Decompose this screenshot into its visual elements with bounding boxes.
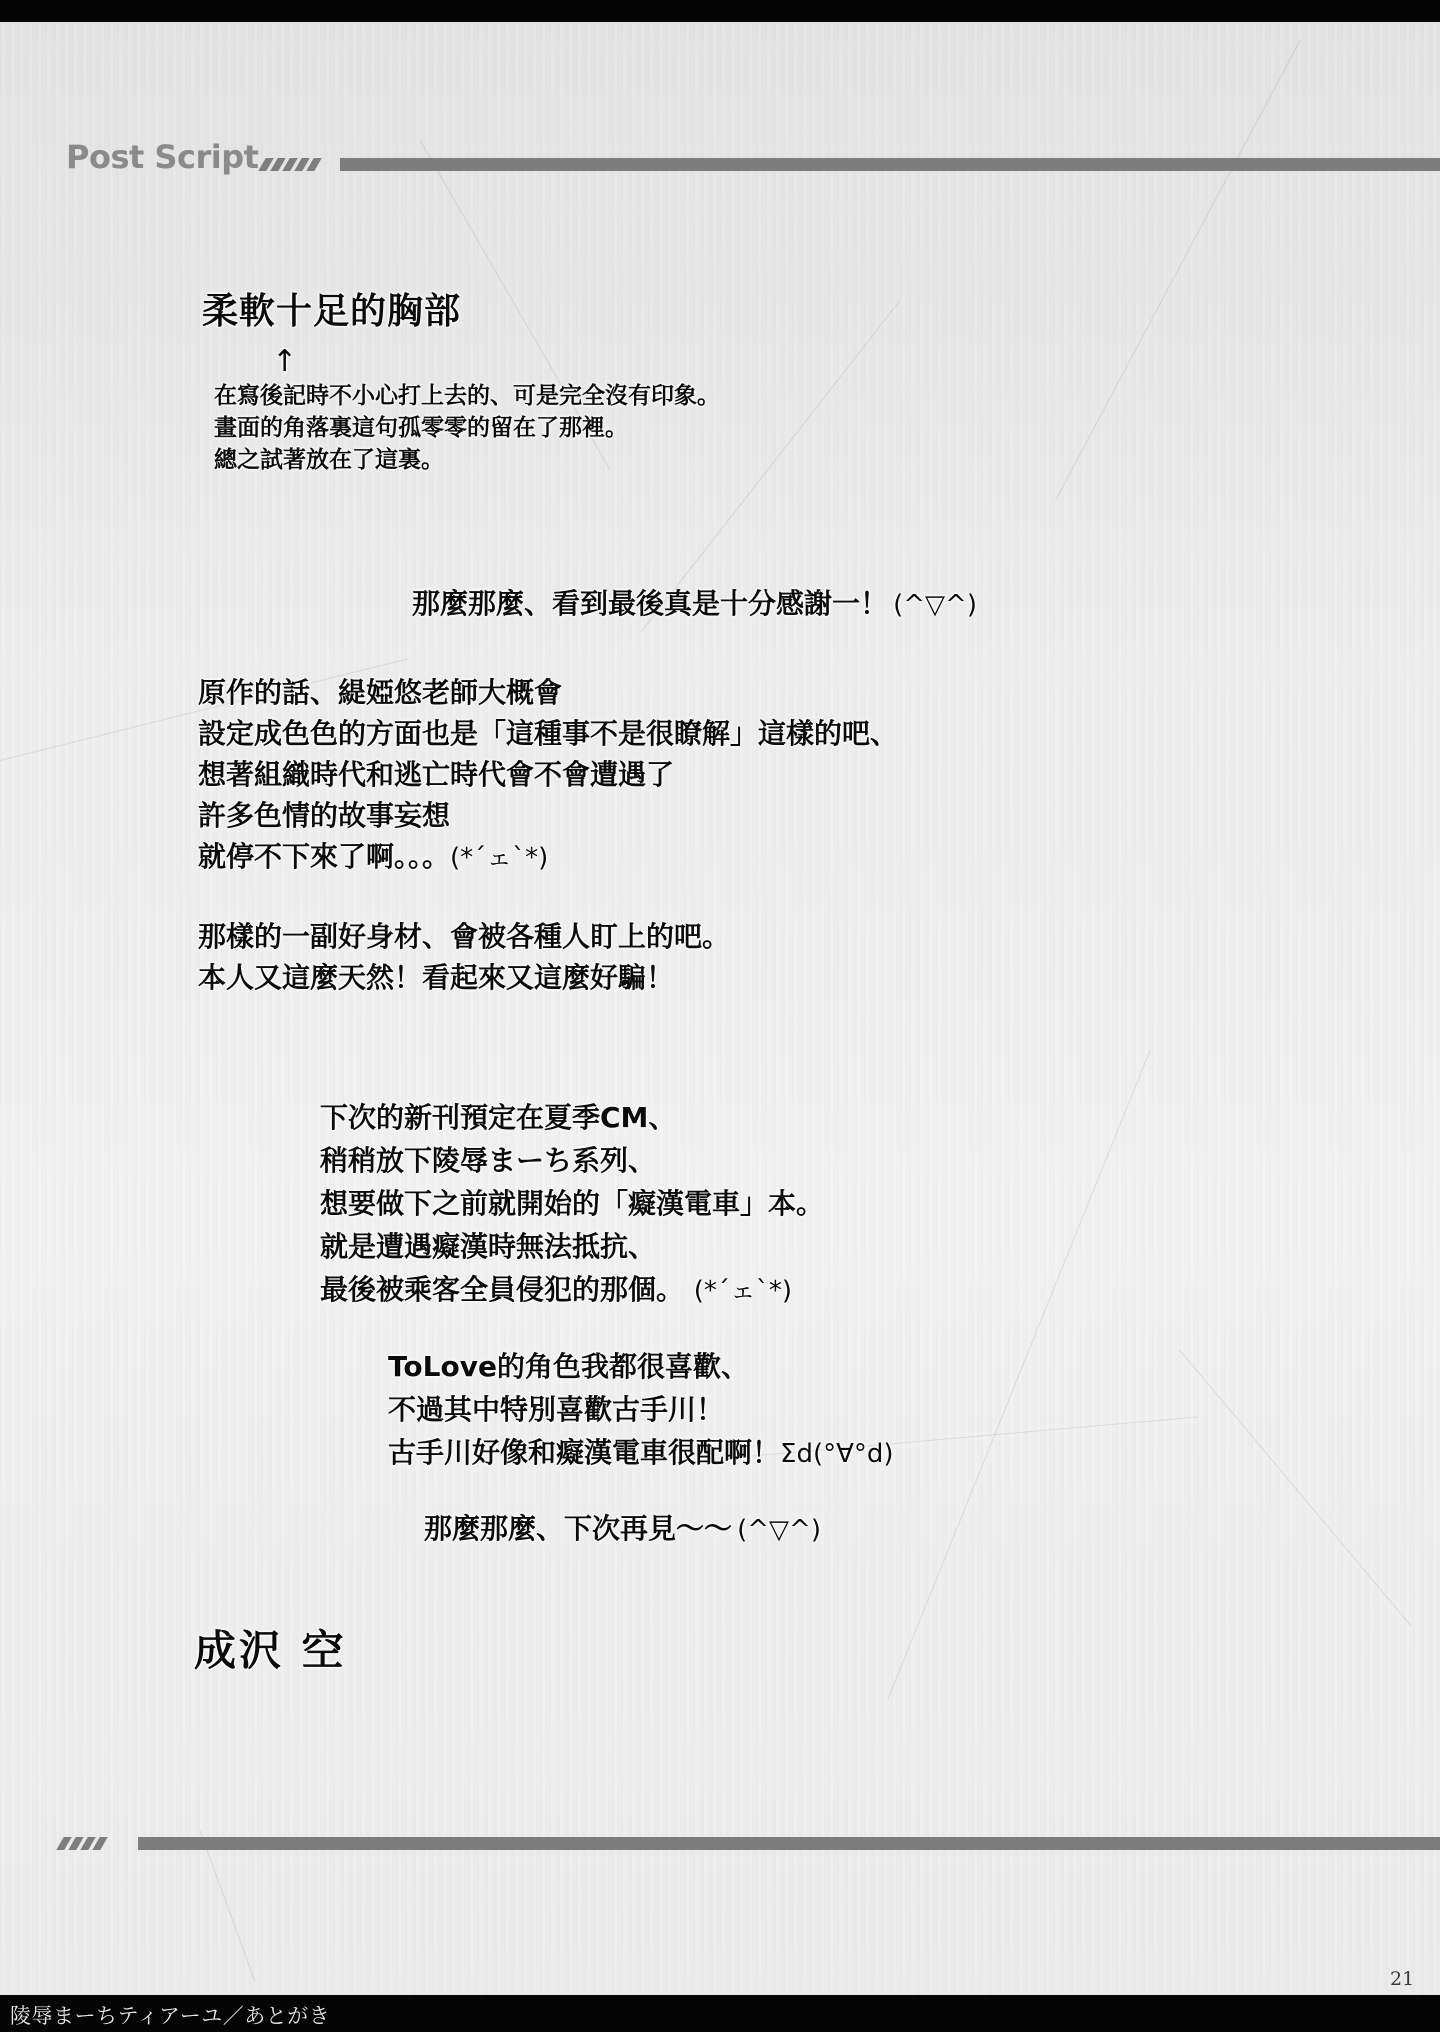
header-stripes bbox=[262, 158, 318, 171]
paragraph-line: 就是遭遇癡漢時無法抵抗、 bbox=[320, 1225, 824, 1268]
paragraph-line: 稍稍放下陵辱まーち系列、 bbox=[320, 1139, 824, 1182]
farewell-emote: (^▽^) bbox=[737, 1515, 821, 1545]
thanks-emote: (^▽^) bbox=[893, 590, 977, 620]
author-signature: 成沢 空 bbox=[194, 1618, 347, 1678]
paragraph-line: 不過其中特別喜歡古手川！ bbox=[388, 1388, 894, 1431]
arrow-up-icon: ↑ bbox=[272, 344, 720, 380]
paragraph-1: 原作的話、緹婭悠老師大概會 設定成色色的方面也是「這種事不是很瞭解」這樣的吧、 … bbox=[198, 672, 898, 879]
footer-rule bbox=[138, 1837, 1440, 1850]
paragraph-line: 原作的話、緹婭悠老師大概會 bbox=[198, 672, 898, 713]
paragraph-line: 設定成色色的方面也是「這種事不是很瞭解」這樣的吧、 bbox=[198, 713, 898, 754]
paragraph-line: 最後被乘客全員侵犯的那個。 bbox=[320, 1273, 684, 1306]
farewell-line: 那麼那麼、下次再見〜〜 (^▽^) bbox=[424, 1508, 821, 1549]
note-block: 柔軟十足的胸部 ↑ 在寫後記時不小心打上去的、可是完全沒有印象。 畫面的角落裏這… bbox=[202, 283, 720, 476]
paragraph-2: 那樣的一副好身材、會被各種人盯上的吧。 本人又這麼天然！看起來又這麼好騙！ bbox=[198, 916, 730, 998]
paragraph-3: 下次的新刊預定在夏季CM、 稍稍放下陵辱まーち系列、 想要做下之前就開始的「癡漢… bbox=[320, 1096, 824, 1313]
thanks-line: 那麼那麼、看到最後真是十分感謝一！ (^▽^) bbox=[412, 583, 977, 624]
note-title: 柔軟十足的胸部 bbox=[202, 283, 720, 334]
note-line: 在寫後記時不小心打上去的、可是完全沒有印象。 bbox=[214, 380, 720, 412]
paragraph-emote: (*´ェ`*) bbox=[450, 843, 548, 873]
paragraph-line: 那樣的一副好身材、會被各種人盯上的吧。 bbox=[198, 916, 730, 957]
note-line: 畫面的角落裏這句孤零零的留在了那裡。 bbox=[214, 412, 720, 444]
farewell-text: 那麼那麼、下次再見〜〜 bbox=[424, 1512, 732, 1545]
paragraph-emote: Σd(°∀°d) bbox=[780, 1439, 894, 1469]
thanks-text: 那麼那麼、看到最後真是十分感謝一！ bbox=[412, 587, 888, 620]
texture-scratch bbox=[1055, 40, 1300, 500]
paragraph-line: 本人又這麼天然！看起來又這麼好騙！ bbox=[198, 957, 730, 998]
paragraph-line: 許多色情的故事妄想 bbox=[198, 795, 898, 836]
paragraph-line: 下次的新刊預定在夏季CM、 bbox=[320, 1096, 824, 1139]
paragraph-line: 就停不下來了啊。。。 bbox=[198, 840, 450, 873]
paragraph-4: ToLove的角色我都很喜歡、 不過其中特別喜歡古手川！ 古手川好像和癡漢電車很… bbox=[388, 1345, 894, 1476]
page-number: 21 bbox=[1390, 1968, 1414, 1990]
footer-title: 陵辱まーちティアーユ／あとがき bbox=[10, 2000, 330, 2030]
paragraph-line: 古手川好像和癡漢電車很配啊！ bbox=[388, 1436, 780, 1469]
paragraph-line: ToLove的角色我都很喜歡、 bbox=[388, 1345, 894, 1388]
texture-scratch bbox=[1180, 1350, 1412, 1626]
texture-scratch bbox=[887, 1050, 1150, 1699]
page-title: Post Script bbox=[66, 138, 258, 176]
paragraph-line: 想著組織時代和逃亡時代會不會遭遇了 bbox=[198, 754, 898, 795]
top-black-band bbox=[0, 0, 1440, 22]
paragraph-line: 想要做下之前就開始的「癡漢電車」本。 bbox=[320, 1182, 824, 1225]
paragraph-emote: (*´ェ`*) bbox=[694, 1276, 792, 1306]
footer-stripes bbox=[60, 1837, 104, 1850]
header-rule bbox=[340, 158, 1440, 171]
texture-scratch bbox=[200, 1830, 256, 1981]
note-line: 總之試著放在了這裏。 bbox=[214, 444, 720, 476]
